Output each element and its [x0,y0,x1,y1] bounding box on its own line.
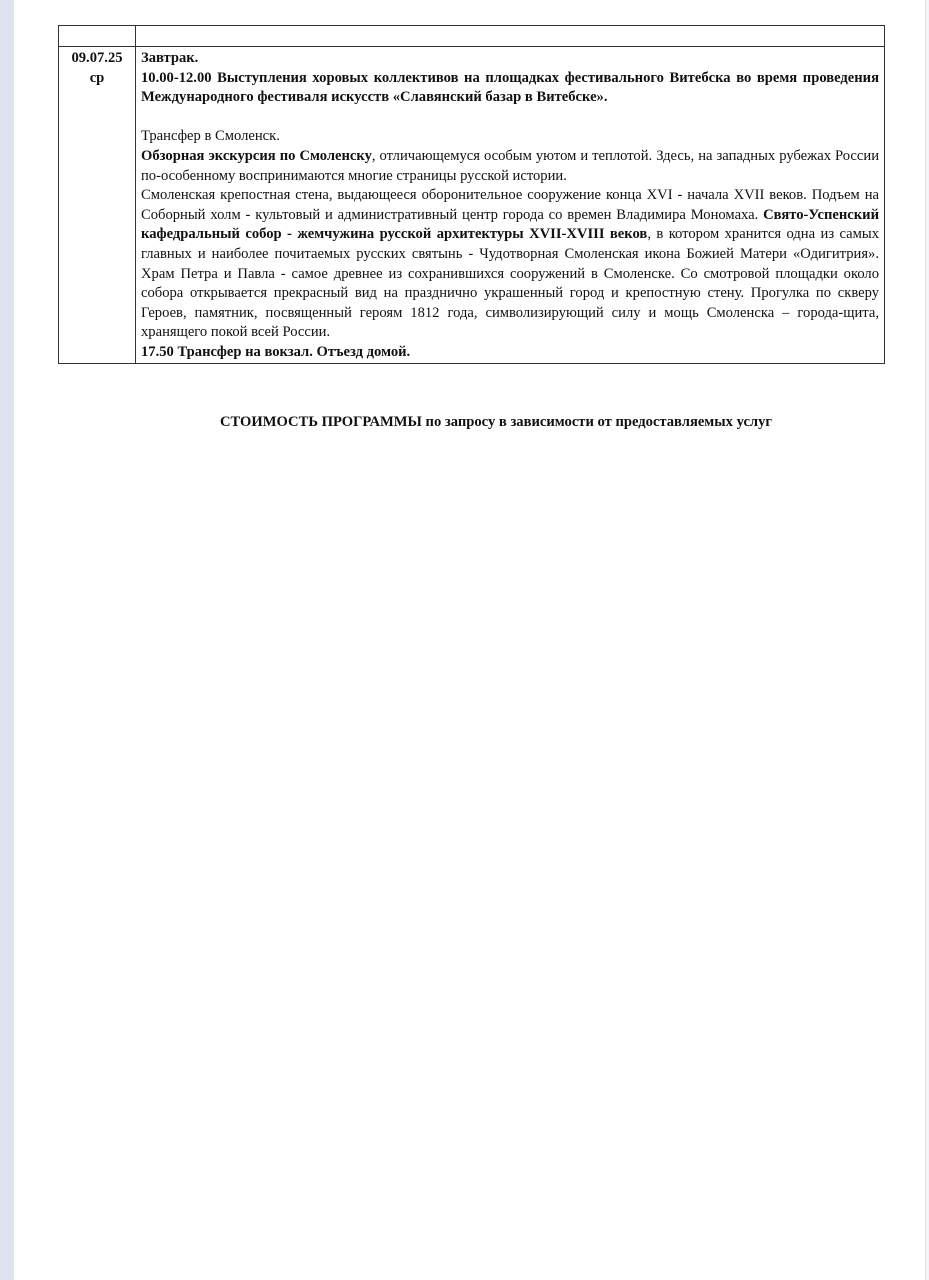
document-page: 09.07.25 ср Завтрак. 10.00-12.00 Выступл… [14,0,926,1280]
transfer-line: Трансфер в Смоленск. [141,127,879,147]
table-row: 09.07.25 ср Завтрак. 10.00-12.00 Выступл… [59,47,885,364]
content-cell: Завтрак. 10.00-12.00 Выступления хоровых… [136,47,885,364]
breakfast-line: Завтрак. [141,49,879,69]
paragraph-gap [141,108,879,128]
tour-paragraph-1: Обзорная экскурсия по Смоленску, отличаю… [141,147,879,186]
cost-note: СТОИМОСТЬ ПРОГРАММЫ по запросу в зависим… [28,414,929,431]
day-date: 09.07.25 [64,49,130,69]
day-weekday: ср [64,69,130,89]
morning-event: 10.00-12.00 Выступления хоровых коллекти… [141,69,879,108]
date-cell: 09.07.25 ср [59,47,136,364]
event-time: 10.00-12.00 [141,70,212,86]
header-date-cell [59,26,136,47]
tour-title: Обзорная экскурсия по Смоленску [141,148,372,164]
event-text: Выступления хоровых коллективов на площа… [141,70,879,106]
program-table: 09.07.25 ср Завтрак. 10.00-12.00 Выступл… [58,25,885,364]
table-header-row [59,26,885,47]
header-content-cell [136,26,885,47]
tour-paragraph-2: Смоленская крепостная стена, выдающееся … [141,186,879,343]
cathedral-text: , в котором хранится одна из самых главн… [141,226,879,340]
departure-line: 17.50 Трансфер на вокзал. Отъезд домой. [141,343,879,363]
